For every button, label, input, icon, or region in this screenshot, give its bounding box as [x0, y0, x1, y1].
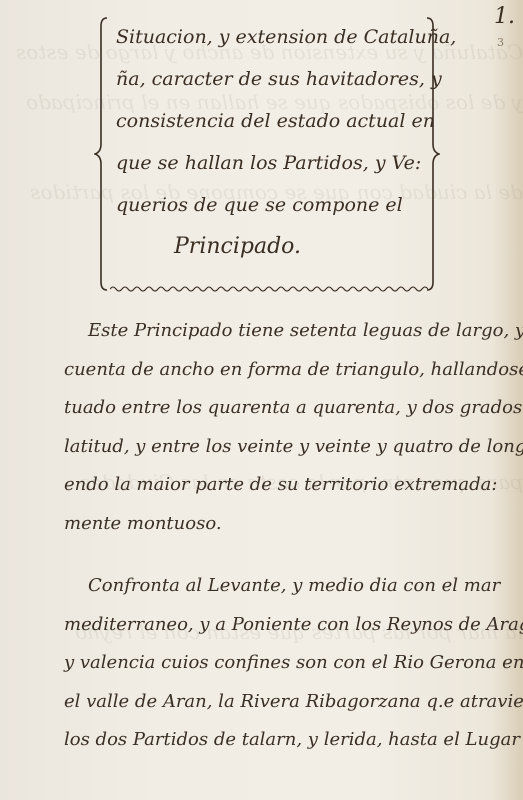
body-line: tuado entre los quarenta a quarenta, y d… — [64, 389, 514, 428]
body-line: Confronta al Levante, y medio dia con el… — [64, 567, 514, 606]
body-line: endo la maior parte de su territorio ext… — [64, 466, 514, 505]
body-line: latitud, y entre los veinte y veinte y q… — [64, 428, 514, 467]
body-line: los dos Partidos de talarn, y lerida, ha… — [64, 721, 514, 760]
wavy-underline-decoration — [110, 284, 428, 294]
title-line: ña, caracter de sus havitadores, y — [116, 58, 426, 100]
body-line: cuenta de ancho en forma de triangulo, h… — [64, 351, 514, 390]
folio-sub-number: 3 — [497, 36, 504, 49]
body-line: y valencia cuios confines son con el Rio… — [64, 644, 514, 683]
manuscript-page: Cataluña y su extension de ancho y largo… — [0, 0, 523, 800]
title-line: consistencia del estado actual en — [116, 100, 426, 142]
left-brace-icon — [94, 16, 108, 292]
folio-number: 1. — [494, 4, 515, 29]
body-line: mente montuoso. — [64, 505, 514, 544]
title-block: Situacion, y extension de Cataluña, ña, … — [98, 16, 428, 292]
paragraph-gap — [64, 543, 514, 567]
title-text: Situacion, y extension de Cataluña, ña, … — [116, 16, 426, 268]
title-line: querios de que se compone el — [116, 184, 426, 226]
title-line: que se hallan los Partidos, y Ve: — [116, 142, 426, 184]
body-line: Este Principado tiene setenta leguas de … — [64, 312, 514, 351]
body-line: mediterraneo, y a Poniente con los Reyno… — [64, 606, 514, 645]
right-brace-icon — [426, 16, 440, 292]
title-line: Situacion, y extension de Cataluña, — [116, 16, 426, 58]
body-line: el valle de Aran, la Rivera Ribagorzana … — [64, 683, 514, 722]
title-line: Principado. — [116, 226, 426, 268]
body-text: Este Principado tiene setenta leguas de … — [64, 312, 514, 760]
